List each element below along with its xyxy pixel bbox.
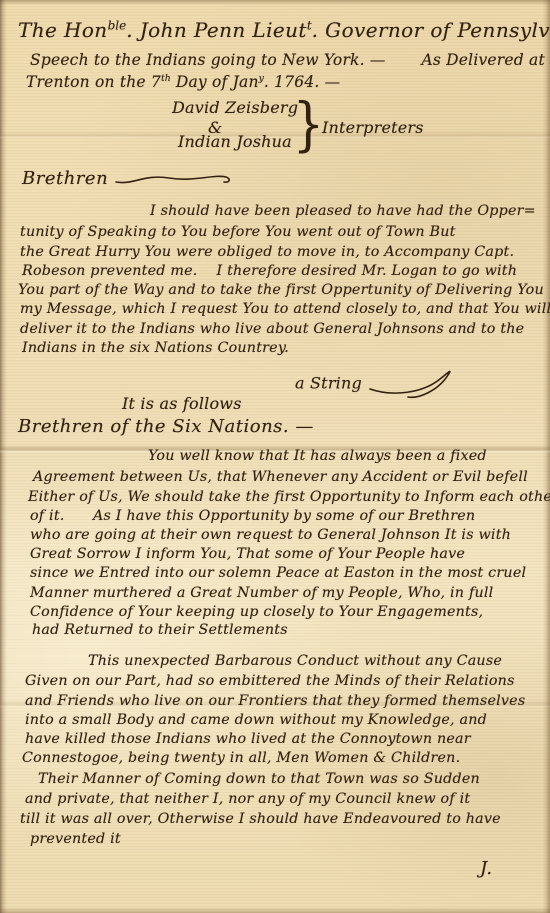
salutation: Brethren of the Six Nations. — (18, 416, 314, 437)
manuscript-line: of it. As I have this Opportunity by som… (30, 508, 475, 524)
manuscript-line: had Returned to their Settlements (32, 622, 288, 638)
manuscript-line: Confidence of Your keeping up closely to… (30, 604, 483, 620)
manuscript-line: Their Manner of Coming down to that Town… (38, 771, 480, 787)
salutation-text: Brethren (22, 168, 108, 189)
date-text: Day of Jan (171, 73, 259, 91)
pen-flourish-icon (368, 367, 458, 401)
manuscript-line: the Great Hurry You were obliged to move… (20, 244, 514, 260)
manuscript-line: You well know that It has always been a … (148, 448, 487, 464)
manuscript-line: This unexpected Barbarous Conduct withou… (88, 653, 502, 669)
string-note: a String (295, 367, 458, 401)
document-subtitle: Speech to the Indians going to New York.… (30, 51, 545, 69)
manuscript-line: into a small Body and came down without … (25, 712, 487, 728)
manuscript-line: prevented it (30, 831, 121, 847)
date-text: . 1764. — (264, 73, 340, 91)
follows-note: It is as follows (122, 394, 242, 413)
interpreter-name-2: Indian Joshua (178, 132, 292, 151)
manuscript-line: Agreement between Us, that Whenever any … (33, 469, 528, 485)
manuscript-line: till it was all over, Otherwise I should… (20, 811, 501, 827)
manuscript-line: I should have been pleased to have had t… (150, 203, 536, 219)
manuscript-line: my Message, which I request You to atten… (20, 301, 550, 317)
manuscript-line: Connestogoe, being twenty in all, Men Wo… (22, 750, 460, 766)
salutation: Brethren (22, 168, 234, 189)
manuscript-line: Great Sorrow I inform You, That some of … (30, 546, 465, 562)
pen-flourish-icon (114, 171, 234, 187)
title-superscript: ble (108, 18, 127, 32)
title-text: . John Penn Lieut (126, 18, 307, 42)
manuscript-line: who are going at their own request to Ge… (30, 527, 511, 543)
manuscript-line: tunity of Speaking to You before You wen… (20, 224, 456, 240)
date-superscript: th (161, 73, 171, 84)
title-text: . Governor of Pennsylvania (312, 18, 550, 42)
title-text: The Hon (18, 18, 108, 42)
catchword: J. (480, 858, 493, 879)
manuscript-line: Either of Us, We should take the first O… (28, 489, 550, 505)
document-date-line: Trenton on the 7th Day of Jany. 1764. — (26, 73, 340, 91)
brace-glyph: } (293, 90, 325, 158)
manuscript-line: deliver it to the Indians who live about… (20, 321, 524, 337)
string-note-text: a String (295, 374, 362, 393)
manuscript-line: have killed those Indians who lived at t… (25, 731, 471, 747)
interpreter-name-1: David Zeisberg (172, 98, 298, 117)
manuscript-line: Robeson prevented me. I therefore desire… (22, 263, 517, 279)
paper-edge-bottom (0, 907, 550, 913)
manuscript-page: The Honble. John Penn Lieutt. Governor o… (0, 0, 550, 913)
manuscript-line: since we Entred into our solemn Peace at… (30, 565, 526, 581)
manuscript-line: and Friends who live on our Frontiers th… (25, 693, 525, 709)
paper-edge-top (0, 0, 550, 5)
manuscript-line: Indians in the six Nations Countrey. (22, 340, 289, 356)
manuscript-line: Manner murthered a Great Number of my Pe… (30, 585, 493, 601)
date-text: Trenton on the 7 (26, 73, 161, 91)
manuscript-line: Given on our Part, had so embittered the… (25, 673, 515, 689)
manuscript-line: and private, that neither I, nor any of … (25, 791, 470, 807)
manuscript-line: You part of the Way and to take the firs… (18, 282, 544, 298)
interpreters-label: Interpreters (322, 118, 424, 137)
document-title: The Honble. John Penn Lieutt. Governor o… (18, 18, 550, 42)
